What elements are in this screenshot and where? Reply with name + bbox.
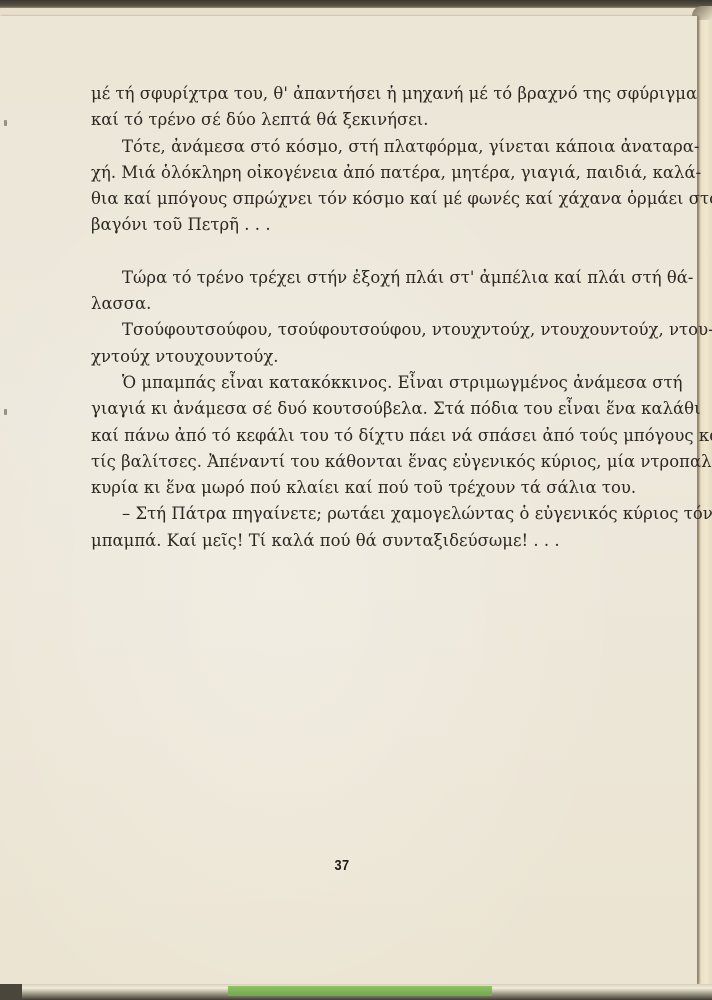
cover-corner	[0, 984, 22, 1000]
paragraph: Τότε, ἀνάμεσα στό κόσμο, στή πλατφόρμα, …	[91, 134, 675, 239]
paragraph: Ὁ μπαμπάς εἶναι κατακόκκινος. Εἶναι στρι…	[91, 370, 675, 501]
text-line: λασσα.	[91, 291, 675, 317]
text-line: κυρία κι ἕνα μωρό πού κλαίει καί πού τοῦ…	[91, 475, 675, 501]
paragraph: – Στή Πάτρα πηγαίνετε; ρωτάει χαμογελώντ…	[91, 501, 675, 554]
page-number: 37	[332, 857, 352, 874]
text-line: βαγόνι τοῦ Πετρῆ . . .	[91, 212, 675, 238]
text-line: μέ τή σφυρίχτρα του, θ' ἀπαντήσει ἡ μηχα…	[91, 81, 675, 107]
paragraph: μέ τή σφυρίχτρα του, θ' ἀπαντήσει ἡ μηχα…	[91, 81, 675, 134]
text-line: θια καί μπόγους σπρώχνει τόν κόσμο καί μ…	[91, 186, 675, 212]
text-line: Ὁ μπαμπάς εἶναι κατακόκκινος. Εἶναι στρι…	[91, 370, 675, 396]
green-cover-strip	[228, 986, 492, 996]
text-line: καί πάνω ἀπό τό κεφάλι του τό δίχτυ πάει…	[91, 423, 675, 449]
paragraph: Τώρα τό τρένο τρέχει στήν ἐξοχή πλάι στ'…	[91, 265, 675, 318]
paragraph: Τσούφουτσούφου, τσούφουτσούφου, ντουχντο…	[91, 317, 675, 370]
text-line: Τότε, ἀνάμεσα στό κόσμο, στή πλατφόρμα, …	[91, 134, 675, 160]
text-line: γιαγιά κι ἀνάμεσα σέ δυό κουτσούβελα. Στ…	[91, 396, 675, 422]
scanned-book-page: μέ τή σφυρίχτρα του, θ' ἀπαντήσει ἡ μηχα…	[0, 0, 712, 1000]
binding-mark	[4, 120, 7, 126]
binding-mark	[4, 409, 7, 415]
text-line: χή. Μιά ὁλόκληρη οἰκογένεια ἀπό πατέρα, …	[91, 160, 675, 186]
text-line: Τώρα τό τρένο τρέχει στήν ἐξοχή πλάι στ'…	[91, 265, 675, 291]
text-line: – Στή Πάτρα πηγαίνετε; ρωτάει χαμογελώντ…	[91, 501, 675, 527]
text-line: μπαμπά. Καί μεῖς! Τί καλά πού θά συνταξι…	[91, 528, 675, 554]
text-line: χντούχ ντουχουντούχ.	[91, 344, 675, 370]
text-line: καί τό τρένο σέ δύο λεπτά θά ξεκινήσει.	[91, 107, 675, 133]
text-line: Τσούφουτσούφου, τσούφουτσούφου, ντουχντο…	[91, 317, 675, 343]
section-break	[91, 239, 675, 265]
text-line: τίς βαλίτσες. Ἀπέναντί του κάθονται ἕνας…	[91, 449, 675, 475]
body-text: μέ τή σφυρίχτρα του, θ' ἀπαντήσει ἡ μηχα…	[91, 81, 675, 554]
